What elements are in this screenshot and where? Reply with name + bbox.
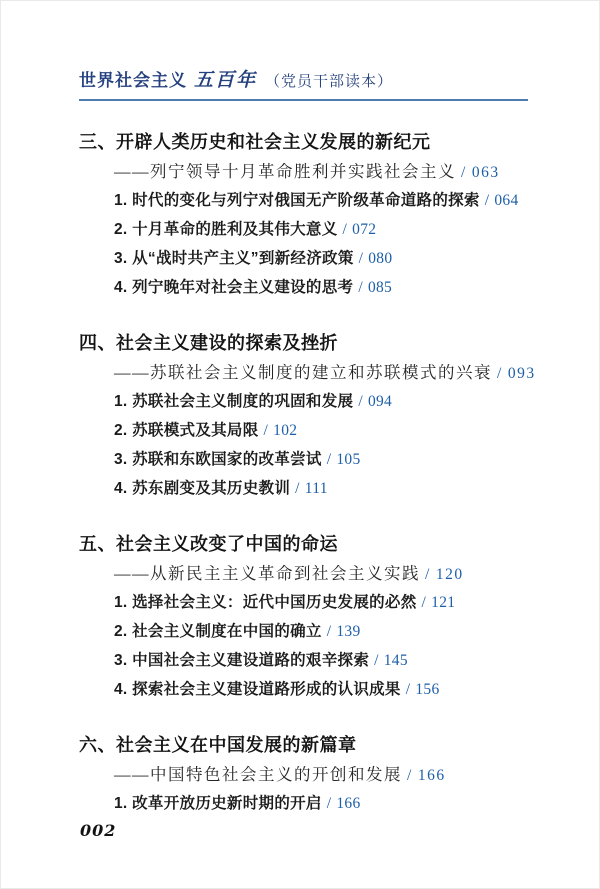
section-subtitle: ——从新民主主义革命到社会主义实践/120 (79, 559, 565, 588)
slash-separator: / (327, 623, 332, 640)
toc-item-text: 3. 苏联和东欧国家的改革尝试 (114, 451, 322, 468)
slash-separator: / (422, 594, 427, 611)
book-page: 世界社会主义五百年（党员干部读本） 三、开辟人类历史和社会主义发展的新纪元——列… (0, 0, 600, 889)
toc-item: 3. 从“战时共产主义”到新经济政策/080 (79, 244, 565, 273)
toc-item: 4. 列宁晚年对社会主义建设的思考/085 (79, 273, 565, 302)
book-subtitle: （党员干部读本） (265, 74, 393, 90)
toc-item: 1. 时代的变化与列宁对俄国无产阶级革命道路的探索/064 (79, 186, 565, 215)
section-subtitle-page-number: 120 (436, 566, 464, 583)
toc-item-text: 2. 十月革命的胜利及其伟大意义 (114, 221, 338, 238)
section-subtitle-text: ——苏联社会主义制度的建立和苏联模式的兴衰 (114, 363, 492, 382)
section-subtitle: ——中国特色社会主义的开创和发展/166 (79, 760, 565, 789)
toc-item-page-number: 145 (384, 652, 408, 669)
toc-item-page-number: 121 (431, 594, 455, 611)
table-of-contents: 三、开辟人类历史和社会主义发展的新纪元——列宁领导十月革命胜利并实践社会主义/0… (79, 128, 565, 845)
section-subtitle-page-number: 093 (508, 365, 536, 382)
toc-item-page-number: 105 (336, 451, 360, 468)
toc-item: 2. 苏联模式及其局限/102 (79, 416, 565, 445)
slash-separator: / (264, 422, 269, 439)
toc-item: 2. 十月革命的胜利及其伟大意义/072 (79, 215, 565, 244)
toc-item-text: 4. 探索社会主义建设道路形成的认识成果 (114, 681, 401, 698)
toc-item-page-number: 102 (273, 422, 297, 439)
section-heading: 六、社会主义在中国发展的新篇章 (79, 731, 565, 760)
toc-item-text: 3. 中国社会主义建设道路的艰辛探索 (114, 652, 369, 669)
book-title: 世界社会主义 (79, 71, 187, 90)
toc-item-text: 1. 改革开放历史新时期的开启 (114, 795, 322, 812)
slash-separator: / (327, 451, 332, 468)
toc-item-text: 2. 苏联模式及其局限 (114, 422, 259, 439)
toc-item-page-number: 111 (305, 480, 328, 497)
toc-item-page-number: 094 (368, 393, 392, 410)
toc-item: 1. 选择社会主义：近代中国历史发展的必然/121 (79, 588, 565, 617)
toc-item: 4. 探索社会主义建设道路形成的认识成果/156 (79, 675, 565, 704)
book-title-script: 五百年 (194, 69, 257, 91)
toc-item-page-number: 064 (494, 192, 518, 209)
section-heading: 五、社会主义改变了中国的命运 (79, 530, 565, 559)
slash-separator: / (327, 795, 332, 812)
slash-separator: / (461, 164, 467, 181)
section-heading: 三、开辟人类历史和社会主义发展的新纪元 (79, 128, 565, 157)
slash-separator: / (358, 393, 363, 410)
section-subtitle-page-number: 166 (418, 767, 446, 784)
toc-item-text: 1. 选择社会主义：近代中国历史发展的必然 (114, 594, 417, 611)
toc-section: 三、开辟人类历史和社会主义发展的新纪元——列宁领导十月革命胜利并实践社会主义/0… (79, 128, 565, 302)
toc-item: 4. 苏东剧变及其历史教训/111 (79, 474, 565, 503)
slash-separator: / (374, 652, 379, 669)
slash-separator: / (407, 767, 413, 784)
toc-item-page-number: 080 (368, 250, 392, 267)
slash-separator: / (497, 365, 503, 382)
toc-section: 五、社会主义改变了中国的命运——从新民主主义革命到社会主义实践/1201. 选择… (79, 530, 565, 704)
toc-section: 六、社会主义在中国发展的新篇章——中国特色社会主义的开创和发展/1661. 改革… (79, 731, 565, 818)
section-subtitle: ——苏联社会主义制度的建立和苏联模式的兴衰/093 (79, 358, 565, 387)
toc-item-text: 3. 从“战时共产主义”到新经济政策 (114, 250, 354, 267)
section-subtitle-page-number: 063 (472, 164, 500, 181)
slash-separator: / (485, 192, 490, 209)
toc-item-text: 4. 列宁晚年对社会主义建设的思考 (114, 279, 353, 296)
slash-separator: / (359, 250, 364, 267)
section-subtitle: ——列宁领导十月革命胜利并实践社会主义/063 (79, 157, 565, 186)
toc-item-text: 2. 社会主义制度在中国的确立 (114, 623, 322, 640)
toc-item: 3. 中国社会主义建设道路的艰辛探索/145 (79, 646, 565, 675)
toc-item-page-number: 139 (336, 623, 360, 640)
section-heading: 四、社会主义建设的探索及挫折 (79, 329, 565, 358)
toc-item-page-number: 072 (352, 221, 376, 238)
section-subtitle-text: ——中国特色社会主义的开创和发展 (114, 765, 402, 784)
running-head: 世界社会主义五百年（党员干部读本） (79, 65, 528, 101)
toc-item-text: 4. 苏东剧变及其历史教训 (114, 480, 290, 497)
toc-item-text: 1. 苏联社会主义制度的巩固和发展 (114, 393, 353, 410)
toc-item-page-number: 166 (336, 795, 360, 812)
toc-item-page-number: 085 (368, 279, 392, 296)
slash-separator: / (406, 681, 411, 698)
slash-separator: / (343, 221, 348, 238)
toc-section: 四、社会主义建设的探索及挫折——苏联社会主义制度的建立和苏联模式的兴衰/0931… (79, 329, 565, 503)
toc-item: 2. 社会主义制度在中国的确立/139 (79, 617, 565, 646)
slash-separator: / (358, 279, 363, 296)
toc-item-page-number: 156 (415, 681, 439, 698)
section-subtitle-text: ——从新民主主义革命到社会主义实践 (114, 564, 420, 583)
slash-separator: / (295, 480, 300, 497)
section-subtitle-text: ——列宁领导十月革命胜利并实践社会主义 (114, 162, 456, 181)
toc-item-text: 1. 时代的变化与列宁对俄国无产阶级革命道路的探索 (114, 192, 480, 209)
toc-item: 1. 改革开放历史新时期的开启/166 (79, 789, 565, 818)
toc-item: 1. 苏联社会主义制度的巩固和发展/094 (79, 387, 565, 416)
toc-item: 3. 苏联和东欧国家的改革尝试/105 (79, 445, 565, 474)
page-number: 002 (80, 821, 116, 840)
slash-separator: / (425, 566, 431, 583)
